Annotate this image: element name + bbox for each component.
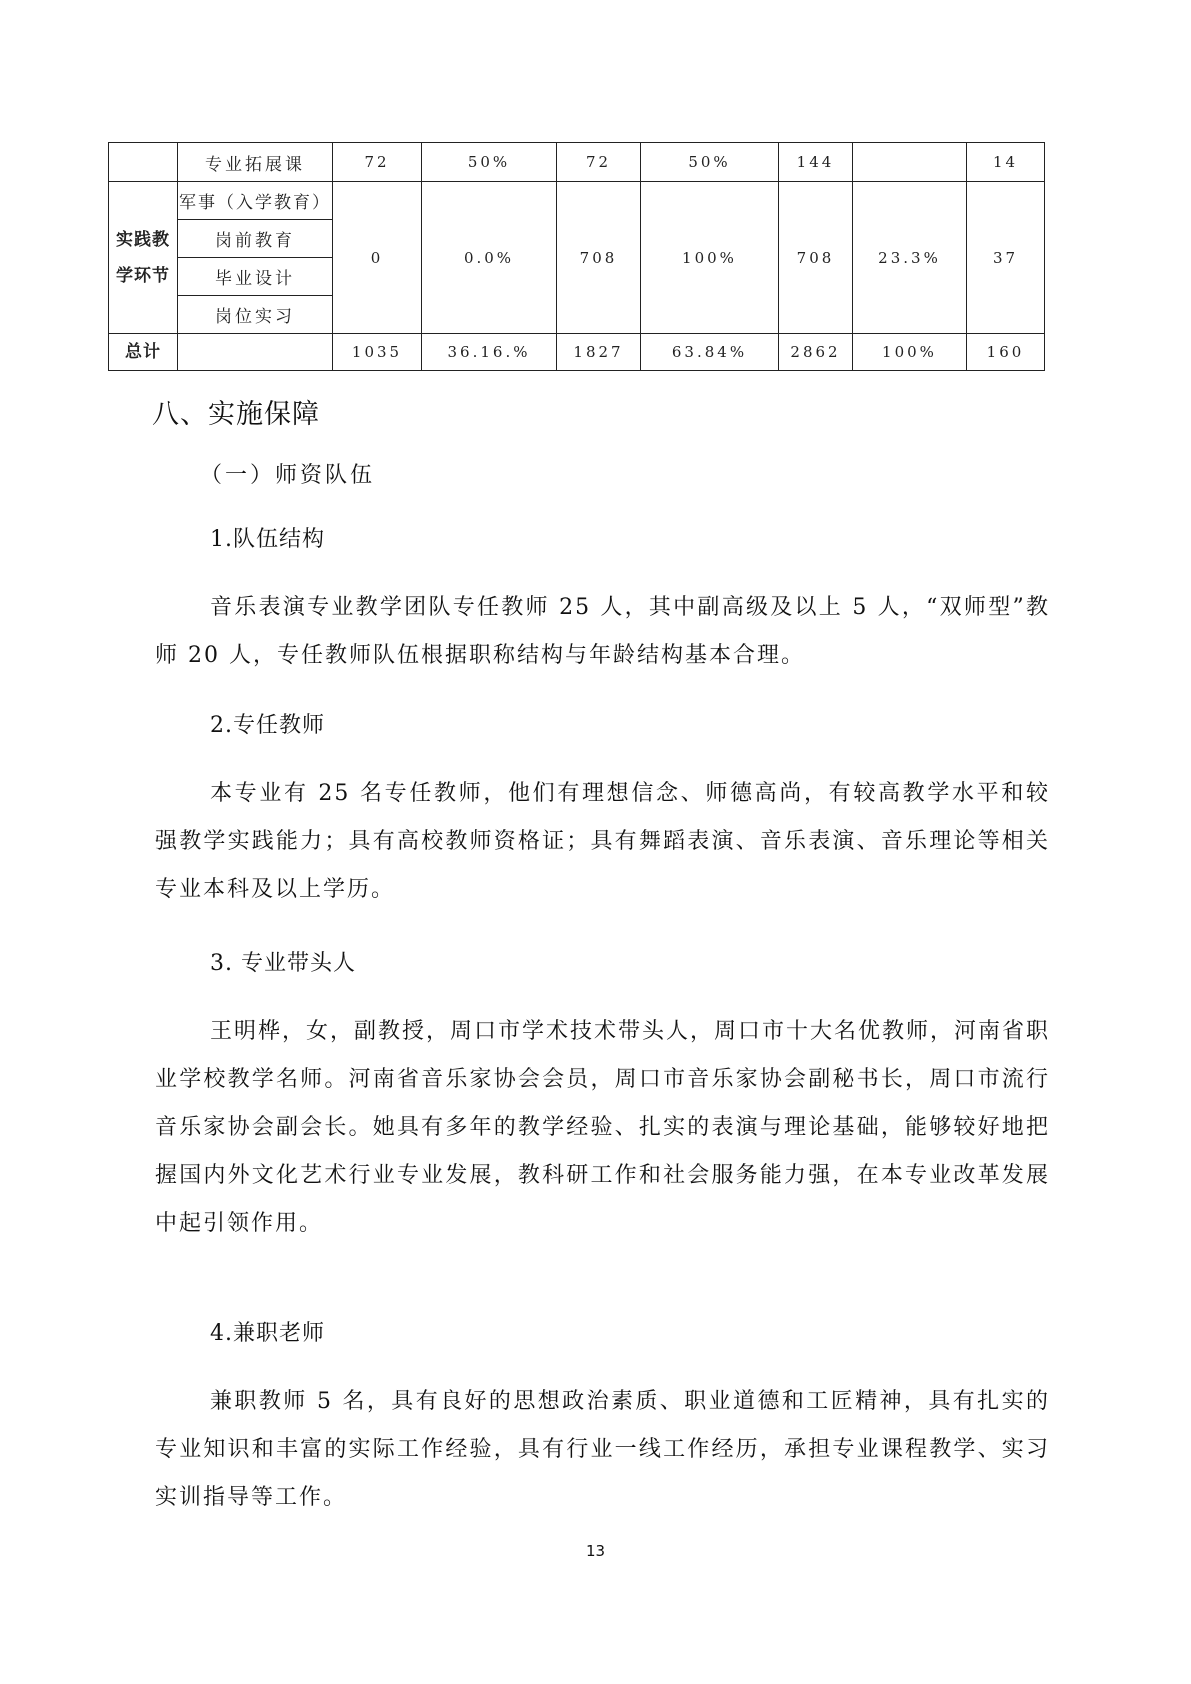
- theory-hours-cell: 0: [333, 182, 422, 334]
- share-percent-cell: 100%: [853, 334, 967, 371]
- theory-hours-cell: 1035: [333, 334, 422, 371]
- course-name-cell: 专业拓展课: [178, 143, 333, 182]
- item-text-part-time-teachers: 兼职教师 5 名，具有良好的思想政治素质、职业道德和工匠精神，具有扎实的专业知识…: [155, 1378, 1050, 1522]
- share-percent-cell: [853, 143, 967, 182]
- category-cell-practice: 实践教 学环节: [109, 182, 178, 334]
- practice-percent-cell: 63.84%: [641, 334, 779, 371]
- credits-cell: 160: [967, 334, 1045, 371]
- theory-percent-cell: 50%: [422, 143, 557, 182]
- practice-percent-cell: 100%: [641, 182, 779, 334]
- theory-percent-cell: 0.0%: [422, 182, 557, 334]
- total-hours-cell: 144: [779, 143, 853, 182]
- credits-cell: 14: [967, 143, 1045, 182]
- table-row-extension-course: 专业拓展课 72 50% 72 50% 144 14: [109, 143, 1045, 182]
- practice-hours-cell: 708: [557, 182, 641, 334]
- subsection-heading: （一）师资队伍: [200, 458, 375, 489]
- course-name-cell: [178, 334, 333, 371]
- practice-hours-cell: 1827: [557, 334, 641, 371]
- practice-hours-cell: 72: [557, 143, 641, 182]
- total-hours-cell: 2862: [779, 334, 853, 371]
- item-text-program-leader: 王明桦，女，副教授，周口市学术技术带头人，周口市十大名优教师，河南省职业学校教学…: [155, 1008, 1050, 1248]
- share-percent-cell: 23.3%: [853, 182, 967, 334]
- table-row-practice: 实践教 学环节 军事（入学教育） 0 0.0% 708 100% 708 23.…: [109, 182, 1045, 220]
- item-title-full-time-teachers: 2.专任教师: [210, 708, 325, 739]
- category-cell: [109, 143, 178, 182]
- page-number: 13: [0, 1542, 1191, 1560]
- practice-item-cell: 岗前教育: [178, 220, 333, 258]
- item-title-part-time-teachers: 4.兼职老师: [210, 1316, 325, 1347]
- practice-item-cell: 军事（入学教育）: [178, 182, 333, 220]
- item-text-full-time-teachers: 本专业有 25 名专任教师，他们有理想信念、师德高尚，有较高教学水平和较强教学实…: [155, 770, 1050, 914]
- category-line-2: 学环节: [109, 258, 177, 294]
- item-title-program-leader: 3. 专业带头人: [210, 946, 356, 977]
- credits-cell: 37: [967, 182, 1045, 334]
- total-hours-cell: 708: [779, 182, 853, 334]
- category-cell-total: 总计: [109, 334, 178, 371]
- credit-hours-table: 专业拓展课 72 50% 72 50% 144 14 实践教 学环节 军事（入学…: [108, 142, 1045, 371]
- category-line-1: 实践教: [109, 222, 177, 258]
- table-row-total: 总计 1035 36.16.% 1827 63.84% 2862 100% 16…: [109, 334, 1045, 371]
- section-heading: 八、实施保障: [152, 392, 320, 431]
- practice-percent-cell: 50%: [641, 143, 779, 182]
- practice-item-cell: 毕业设计: [178, 258, 333, 296]
- practice-item-cell: 岗位实习: [178, 296, 333, 334]
- theory-percent-cell: 36.16.%: [422, 334, 557, 371]
- item-text-team-structure: 音乐表演专业教学团队专任教师 25 人，其中副高级及以上 5 人，“双师型”教师…: [155, 584, 1050, 680]
- item-title-team-structure: 1.队伍结构: [210, 522, 325, 553]
- theory-hours-cell: 72: [333, 143, 422, 182]
- document-page: 专业拓展课 72 50% 72 50% 144 14 实践教 学环节 军事（入学…: [0, 0, 1191, 1684]
